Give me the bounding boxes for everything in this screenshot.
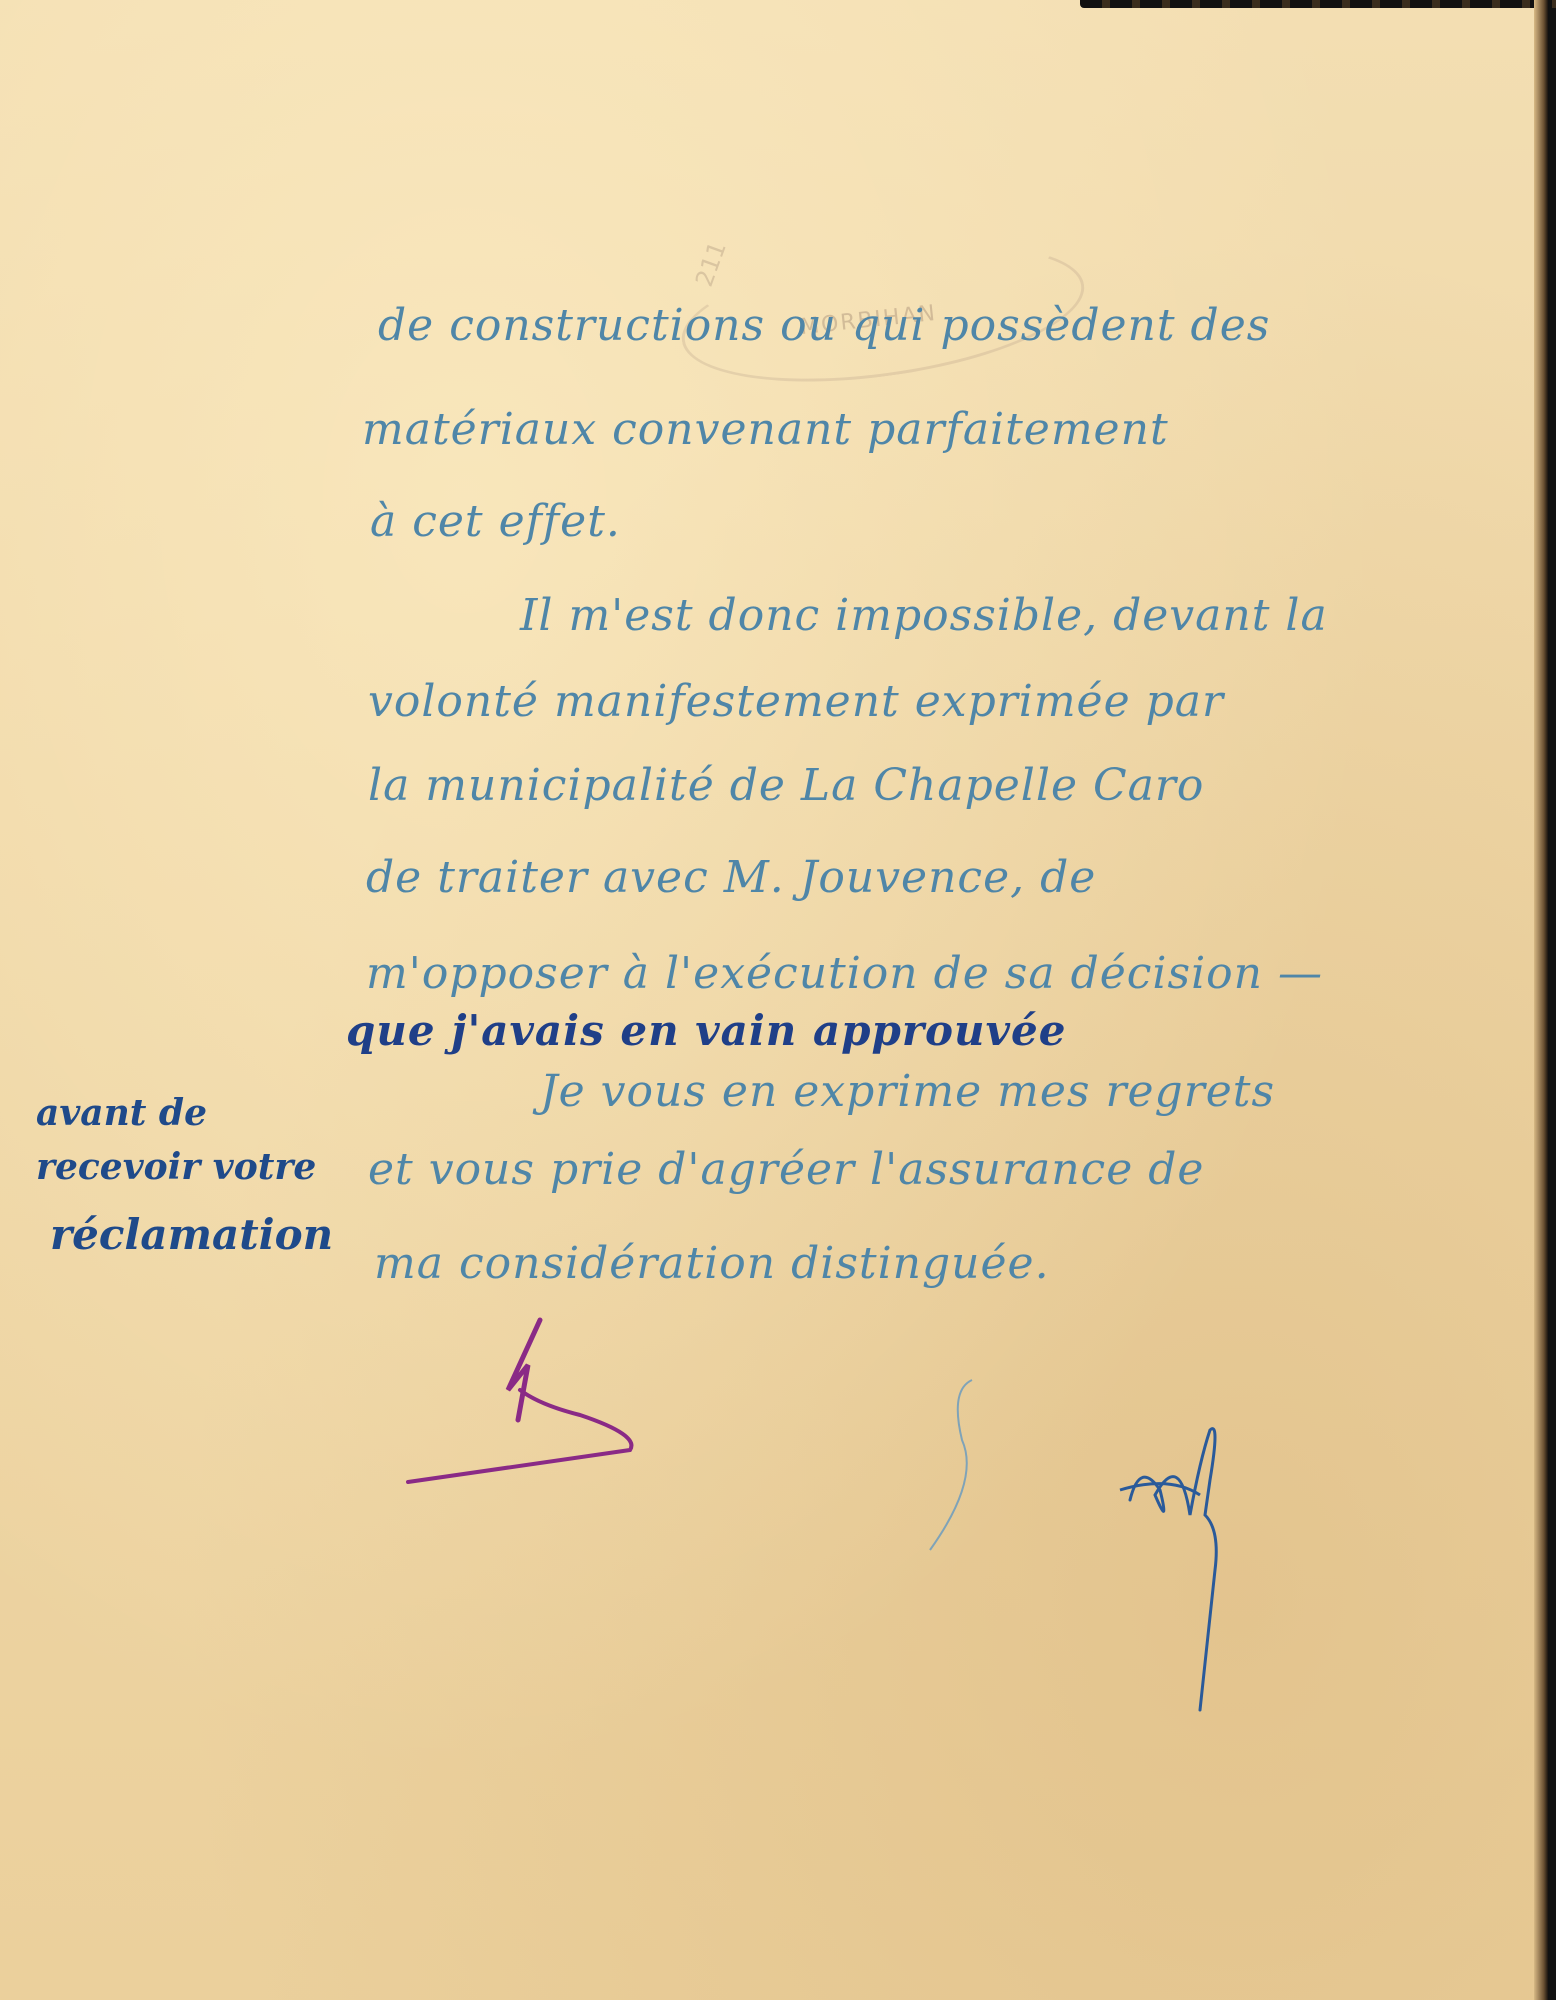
margin-note-line-2: recevoir votre bbox=[36, 1146, 316, 1188]
body-line-1: de constructions ou qui possèdent des bbox=[378, 300, 1270, 351]
torn-top-edge bbox=[1080, 0, 1556, 8]
margin-note-line-3: réclamation bbox=[50, 1210, 333, 1259]
body-line-9-correction: que j'avais en vain approuvée bbox=[346, 1006, 1066, 1055]
pencil-stroke-icon bbox=[910, 1370, 1000, 1560]
stamp-number: 211 bbox=[690, 238, 732, 291]
page-right-edge bbox=[1534, 0, 1548, 2000]
body-line-12: ma considération distinguée. bbox=[374, 1238, 1050, 1289]
paraphe-violet-icon bbox=[390, 1310, 660, 1490]
body-line-6: la municipalité de La Chapelle Caro bbox=[368, 760, 1204, 811]
body-line-10: Je vous en exprime mes regrets bbox=[540, 1066, 1275, 1117]
body-line-3: à cet effet. bbox=[370, 496, 621, 547]
body-line-5: volonté manifestement exprimée par bbox=[368, 676, 1224, 727]
body-line-2: matériaux convenant parfaitement bbox=[362, 404, 1169, 455]
letter-page: MORBIHAN 211 de constructions ou qui pos… bbox=[0, 0, 1548, 2000]
body-line-4: Il m'est donc impossible, devant la bbox=[520, 590, 1328, 641]
body-line-8: m'opposer à l'exécution de sa décision — bbox=[366, 948, 1323, 999]
body-line-7: de traiter avec M. Jouvence, de bbox=[366, 852, 1096, 903]
body-line-11: et vous prie d'agréer l'assurance de bbox=[368, 1144, 1204, 1195]
signature-icon bbox=[1110, 1420, 1250, 1720]
margin-note-line-1: avant de bbox=[36, 1092, 207, 1134]
